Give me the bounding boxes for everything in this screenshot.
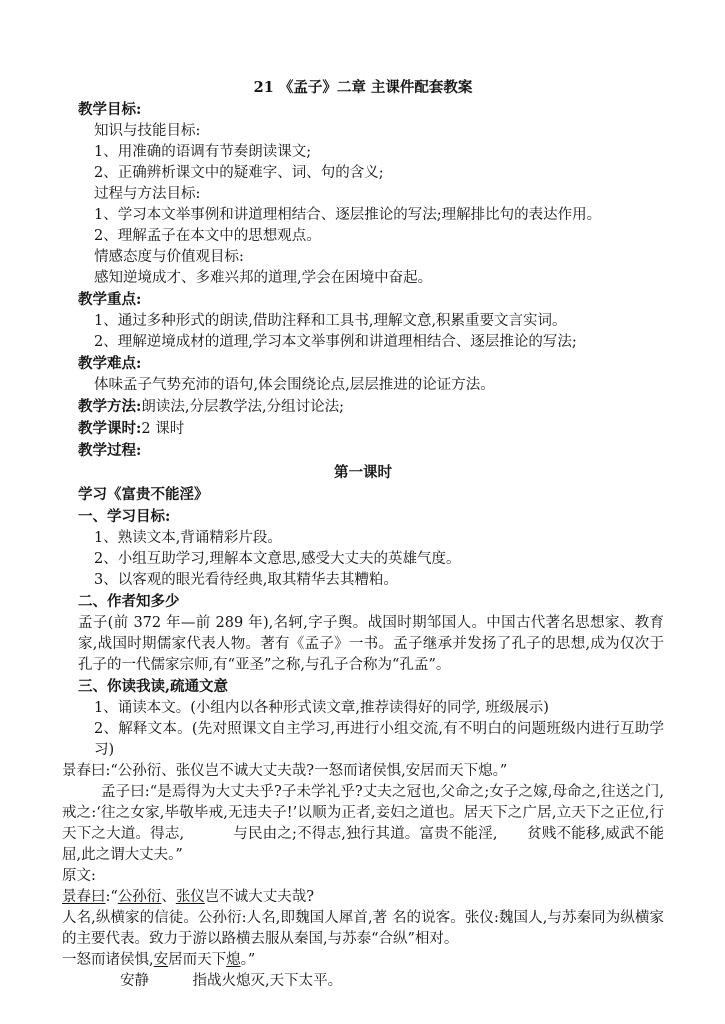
text-run: 一、学习目标: [78, 508, 170, 525]
document-page: 21 《孟子》二章 主课件配套教案教学目标:知识与技能目标:1、用准确的语调有节… [0, 0, 725, 1024]
paragraph: 一怒而诸侯惧,安居而天下熄。” [62, 950, 664, 971]
heading-section-two: 二、作者知多少 [78, 591, 664, 613]
paragraph: 人名,纵横家的信徒。公孙衍:人名,即魏国人犀首,著 名的说客。张仪:魏国人,与苏… [62, 908, 664, 950]
text-run: 教学课时: [78, 420, 141, 437]
text-run: 教学难点: [78, 355, 141, 372]
paragraph: 2、解释文本。(先对照课文自主学习,再进行小组交流,有不明白的问题班级内进行互助… [94, 719, 664, 761]
paragraph: 1、学习本文举事例和讲道理相结合、逐层推论的写法;理解排比句的表达作用。 [94, 205, 664, 226]
text-run: 情感态度与价值观目标: [94, 249, 244, 265]
paragraph: 2、正确辨析课文中的疑难字、词、句的含义; [94, 163, 664, 184]
text-run: 3、以客观的眼光看待经典,取其精华去其糟粕。 [94, 572, 398, 588]
text-run: 公孙衍 [118, 889, 162, 905]
paragraph: 1、通过多种形式的朗读,借助注释和工具书,理解文意,积累重要文言实词。 [94, 311, 664, 332]
paragraph: 1、熟读文本,背诵精彩片段。 [94, 528, 664, 549]
text-run: 21 《孟子》二章 主课件配套教案 [254, 79, 473, 96]
text-run: 教学重点: [78, 291, 141, 308]
text-run: 2、理解孟子在本文中的思想观点。 [94, 228, 321, 244]
heading-teaching-periods: 教学课时:2 课时 [78, 418, 664, 440]
text-run: 教学方法: [78, 398, 141, 415]
text-run: 2、小组互助学习,理解本文意思,感受大丈夫的英雄气度。 [94, 551, 460, 567]
text-run: 1、学习本文举事例和讲道理相结合、逐层推论的写法;理解排比句的表达作用。 [94, 207, 601, 223]
paragraph: 情感态度与价值观目标: [94, 247, 664, 268]
heading-teaching-process: 教学过程: [78, 440, 664, 462]
text-run: 1、通过多种形式的朗读,借助注释和工具书,理解文意,积累重要文言实词。 [94, 313, 567, 329]
paragraph: 景春曰:“公孙衍、张仪岂不诚大丈夫哉? [62, 887, 664, 908]
paragraph: 原文: [62, 866, 664, 887]
text-run: 孟子(前 372 年—前 289 年),名轲,字子舆。战国时期邹国人。中国古代著… [78, 615, 664, 673]
text-run: 景春曰 [62, 889, 106, 905]
paragraph: 孟子曰:“是焉得为大丈夫乎?子未学礼乎?丈夫之冠也,父命之;女子之嫁,母命之,往… [62, 782, 664, 866]
heading-section-three: 三、你读我读,疏通文意 [78, 676, 664, 698]
text-run: 人名,纵横家的信徒。公孙衍:人名,即魏国人犀首,著 名的说客。张仪:魏国人,与苏… [62, 910, 664, 947]
heading-teaching-difficulty: 教学难点: [78, 353, 664, 375]
paragraph: 1、用准确的语调有节奏朗读课文; [94, 142, 664, 163]
text-run: 教学过程: [78, 442, 141, 459]
paragraph: 2、理解逆境成材的道理,学习本文举事例和讲道理相结合、逐层推论的写法; [94, 332, 664, 353]
text-run: 过程与方法目标: [94, 186, 200, 202]
text-run: :“ [106, 889, 118, 905]
heading-teaching-goals: 教学目标: [78, 99, 664, 121]
text-run: 安静 指战火熄灭,天下太平。 [62, 973, 342, 989]
paragraph: 景春曰:“公孙衍、张仪岂不诚大丈夫哉?一怒而诸侯惧,安居而天下熄。” [62, 761, 664, 782]
paragraph: 3、以客观的眼光看待经典,取其精华去其糟粕。 [94, 570, 664, 591]
text-run: 二、作者知多少 [78, 593, 180, 610]
text-run: 2 课时 [141, 421, 184, 437]
text-run: 、 [161, 889, 176, 905]
text-run: 居而天下 [168, 952, 226, 968]
heading-teaching-emphasis: 教学重点: [78, 289, 664, 311]
text-run: 2、解释文本。(先对照课文自主学习,再进行小组交流,有不明白的问题班级内进行互助… [94, 721, 664, 758]
text-run: 安 [154, 952, 169, 968]
paragraph: 过程与方法目标: [94, 184, 664, 205]
text-run: 2、正确辨析课文中的疑难字、词、句的含义; [94, 165, 384, 181]
paragraph: 知识与技能目标: [94, 121, 664, 142]
text-run: 一怒而诸侯惧, [62, 952, 154, 968]
text-run: 第一课时 [334, 464, 392, 481]
text-run: 感知逆境成才、多难兴邦的道理,学会在困境中奋起。 [94, 270, 432, 286]
paragraph: 孟子(前 372 年—前 289 年),名轲,字子舆。战国时期邹国人。中国古代著… [78, 613, 664, 676]
text-run: 熄 [226, 952, 241, 968]
text-run: 教学目标: [78, 101, 141, 118]
paragraph: 2、理解孟子在本文中的思想观点。 [94, 226, 664, 247]
paragraph: 2、小组互助学习,理解本文意思,感受大丈夫的英雄气度。 [94, 549, 664, 570]
heading-teaching-method: 教学方法:朗读法,分层教学法,分组讨论法; [78, 396, 664, 418]
text-run: 知识与技能目标: [94, 123, 200, 139]
text-run: 体味孟子气势充沛的语句,体会围绕论点,层层推进的论证方法。 [94, 377, 495, 393]
text-run: 景春曰:“公孙衍、张仪岂不诚大丈夫哉?一怒而诸侯惧,安居而天下熄。” [62, 763, 507, 779]
heading-lesson-title: 学习《富贵不能淫》 [78, 484, 664, 506]
text-run: 1、用准确的语调有节奏朗读课文; [94, 144, 311, 160]
heading-section-one: 一、学习目标: [78, 506, 664, 528]
paragraph: 体味孟子气势充沛的语句,体会围绕论点,层层推进的论证方法。 [94, 375, 664, 396]
text-run: 。” [241, 952, 256, 968]
text-run: 1、诵读本文。(小组内以各种形式读文章,推荐读得好的同学, 班级展示) [94, 700, 549, 716]
text-run: 三、你读我读,疏通文意 [78, 678, 228, 695]
text-run: 1、熟读文本,背诵精彩片段。 [94, 530, 282, 546]
document-title: 21 《孟子》二章 主课件配套教案 [62, 77, 664, 99]
document-body: 21 《孟子》二章 主课件配套教案教学目标:知识与技能目标:1、用准确的语调有节… [62, 77, 664, 992]
heading-first-period: 第一课时 [62, 462, 664, 484]
text-run: 孟子曰:“是焉得为大丈夫乎?子未学礼乎?丈夫之冠也,父命之;女子之嫁,母命之,往… [62, 784, 664, 863]
text-run: 原文: [62, 868, 96, 884]
text-run: 张仪 [176, 889, 205, 905]
paragraph: 安静 指战火熄灭,天下太平。 [62, 971, 664, 992]
paragraph: 1、诵读本文。(小组内以各种形式读文章,推荐读得好的同学, 班级展示) [94, 698, 664, 719]
text-run: 岂不诚大丈夫哉? [205, 889, 314, 905]
text-run: 2、理解逆境成材的道理,学习本文举事例和讲道理相结合、逐层推论的写法; [94, 334, 577, 350]
text-run: 学习《富贵不能淫》 [78, 486, 209, 503]
paragraph: 感知逆境成才、多难兴邦的道理,学会在困境中奋起。 [94, 268, 664, 289]
text-run: 朗读法,分层教学法,分组讨论法; [141, 399, 344, 415]
